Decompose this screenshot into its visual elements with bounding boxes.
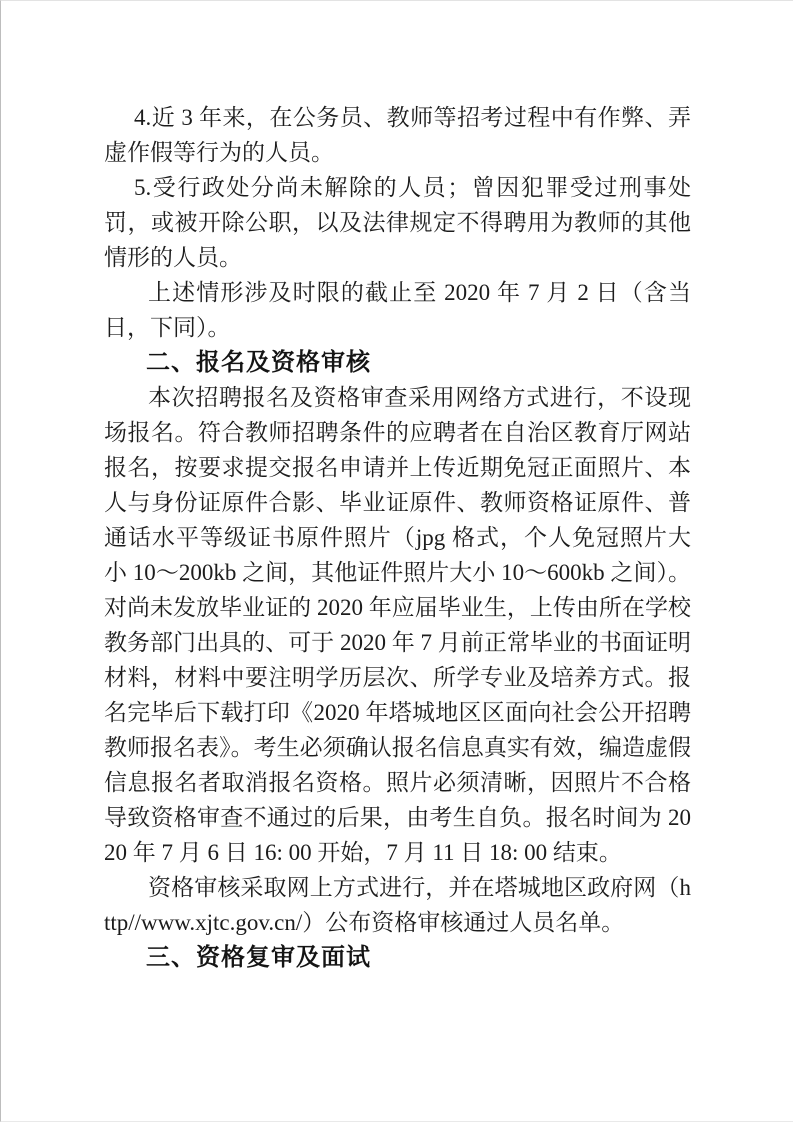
numbered-item-5: 5.受行政处分尚未解除的人员；曾因犯罪受过刑事处罚，或被开除公职，以及法律规定不… xyxy=(104,170,691,275)
numbered-item-4: 4.近 3 年来，在公务员、教师等招考过程中有作弊、弄虚作假等行为的人员。 xyxy=(104,100,691,170)
paragraph-deadline-note: 上述情形涉及时限的截止至 2020 年 7 月 2 日（含当日，下同）。 xyxy=(104,275,691,345)
section-heading-registration: 二、报名及资格审核 xyxy=(104,345,691,380)
paragraph-registration-details: 本次招聘报名及资格审查采用网络方式进行，不设现场报名。符合教师招聘条件的应聘者在… xyxy=(104,380,691,870)
document-body: 4.近 3 年来，在公务员、教师等招考过程中有作弊、弄虚作假等行为的人员。 5.… xyxy=(104,100,691,975)
section-heading-recheck-interview: 三、资格复审及面试 xyxy=(104,940,691,975)
document-page: 4.近 3 年来，在公务员、教师等招考过程中有作弊、弄虚作假等行为的人员。 5.… xyxy=(0,0,793,1122)
paragraph-qualification-review: 资格审核采取网上方式进行，并在塔城地区政府网（http//www.xjtc.go… xyxy=(104,870,691,940)
